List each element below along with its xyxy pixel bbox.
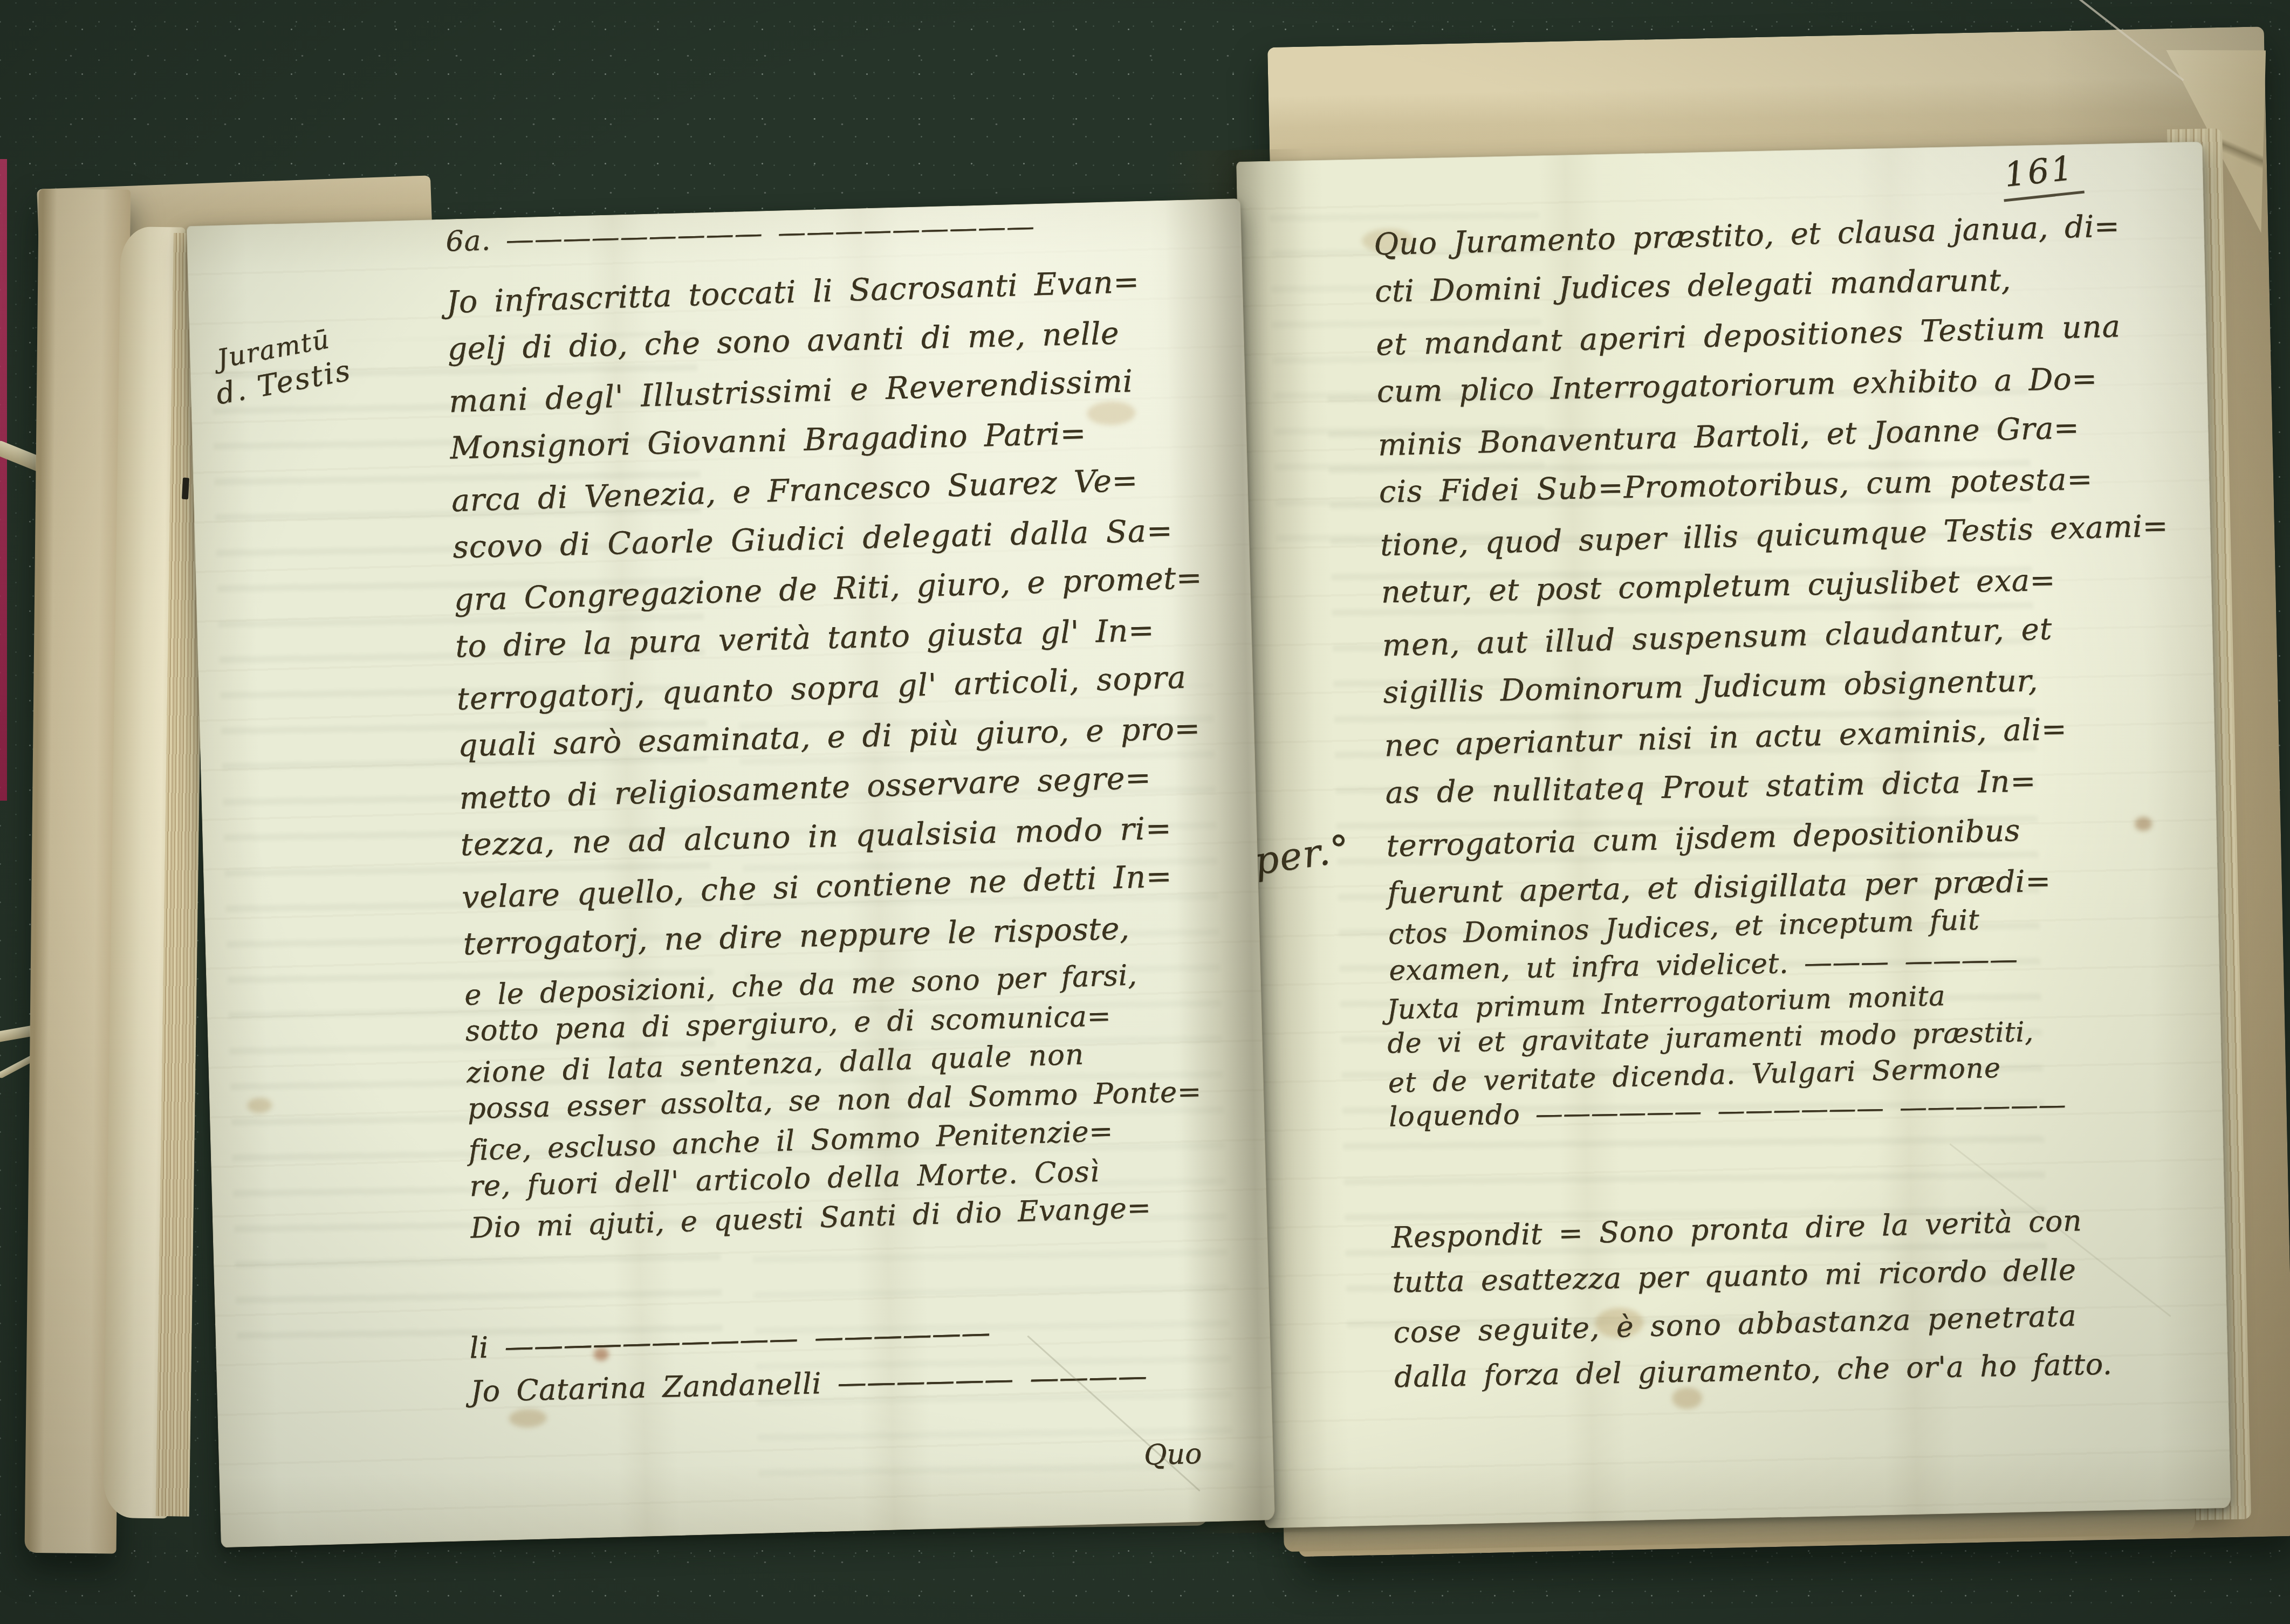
left-page: 6a. ————————— ————————— Juramtū d. Testi… [187, 198, 1276, 1547]
manuscript-photo: 161 Aper.° Quo Juramento præstito, et cl… [0, 0, 2290, 1624]
right-page: 161 Aper.° Quo Juramento præstito, et cl… [1236, 141, 2231, 1528]
ink-speck [182, 478, 189, 500]
folio-mark: 6a. ————————— ————————— [445, 210, 1036, 258]
left-page-paragraph-1: Jo infrascritta toccati li Sacrosanti Ev… [445, 256, 1212, 970]
right-page-paragraph-3: Juxta primum Interrogatorium monitade vi… [1386, 976, 2066, 1137]
right-page-paragraph-2: ctos Dominos Judices, et inceptum fuitex… [1388, 900, 2018, 991]
left-page-signature-lines: li —————————— ——————Jo Catarina Zandanel… [469, 1305, 1148, 1416]
page-number: 161 [1999, 147, 2085, 202]
margin-note-juramentum: Juramtū d. Testis [215, 320, 354, 411]
right-page-paragraph-4: Respondit = Sono pronta dire la verità c… [1391, 1198, 2113, 1402]
foxing-stain [247, 1098, 272, 1113]
photo-edge-color-strip [0, 159, 7, 801]
left-page-paragraph-2: e le deposizioni, che da me sono per far… [464, 955, 1205, 1246]
right-page-paragraph-1: Quo Juramento præstito, et clausa janua,… [1373, 201, 2176, 919]
